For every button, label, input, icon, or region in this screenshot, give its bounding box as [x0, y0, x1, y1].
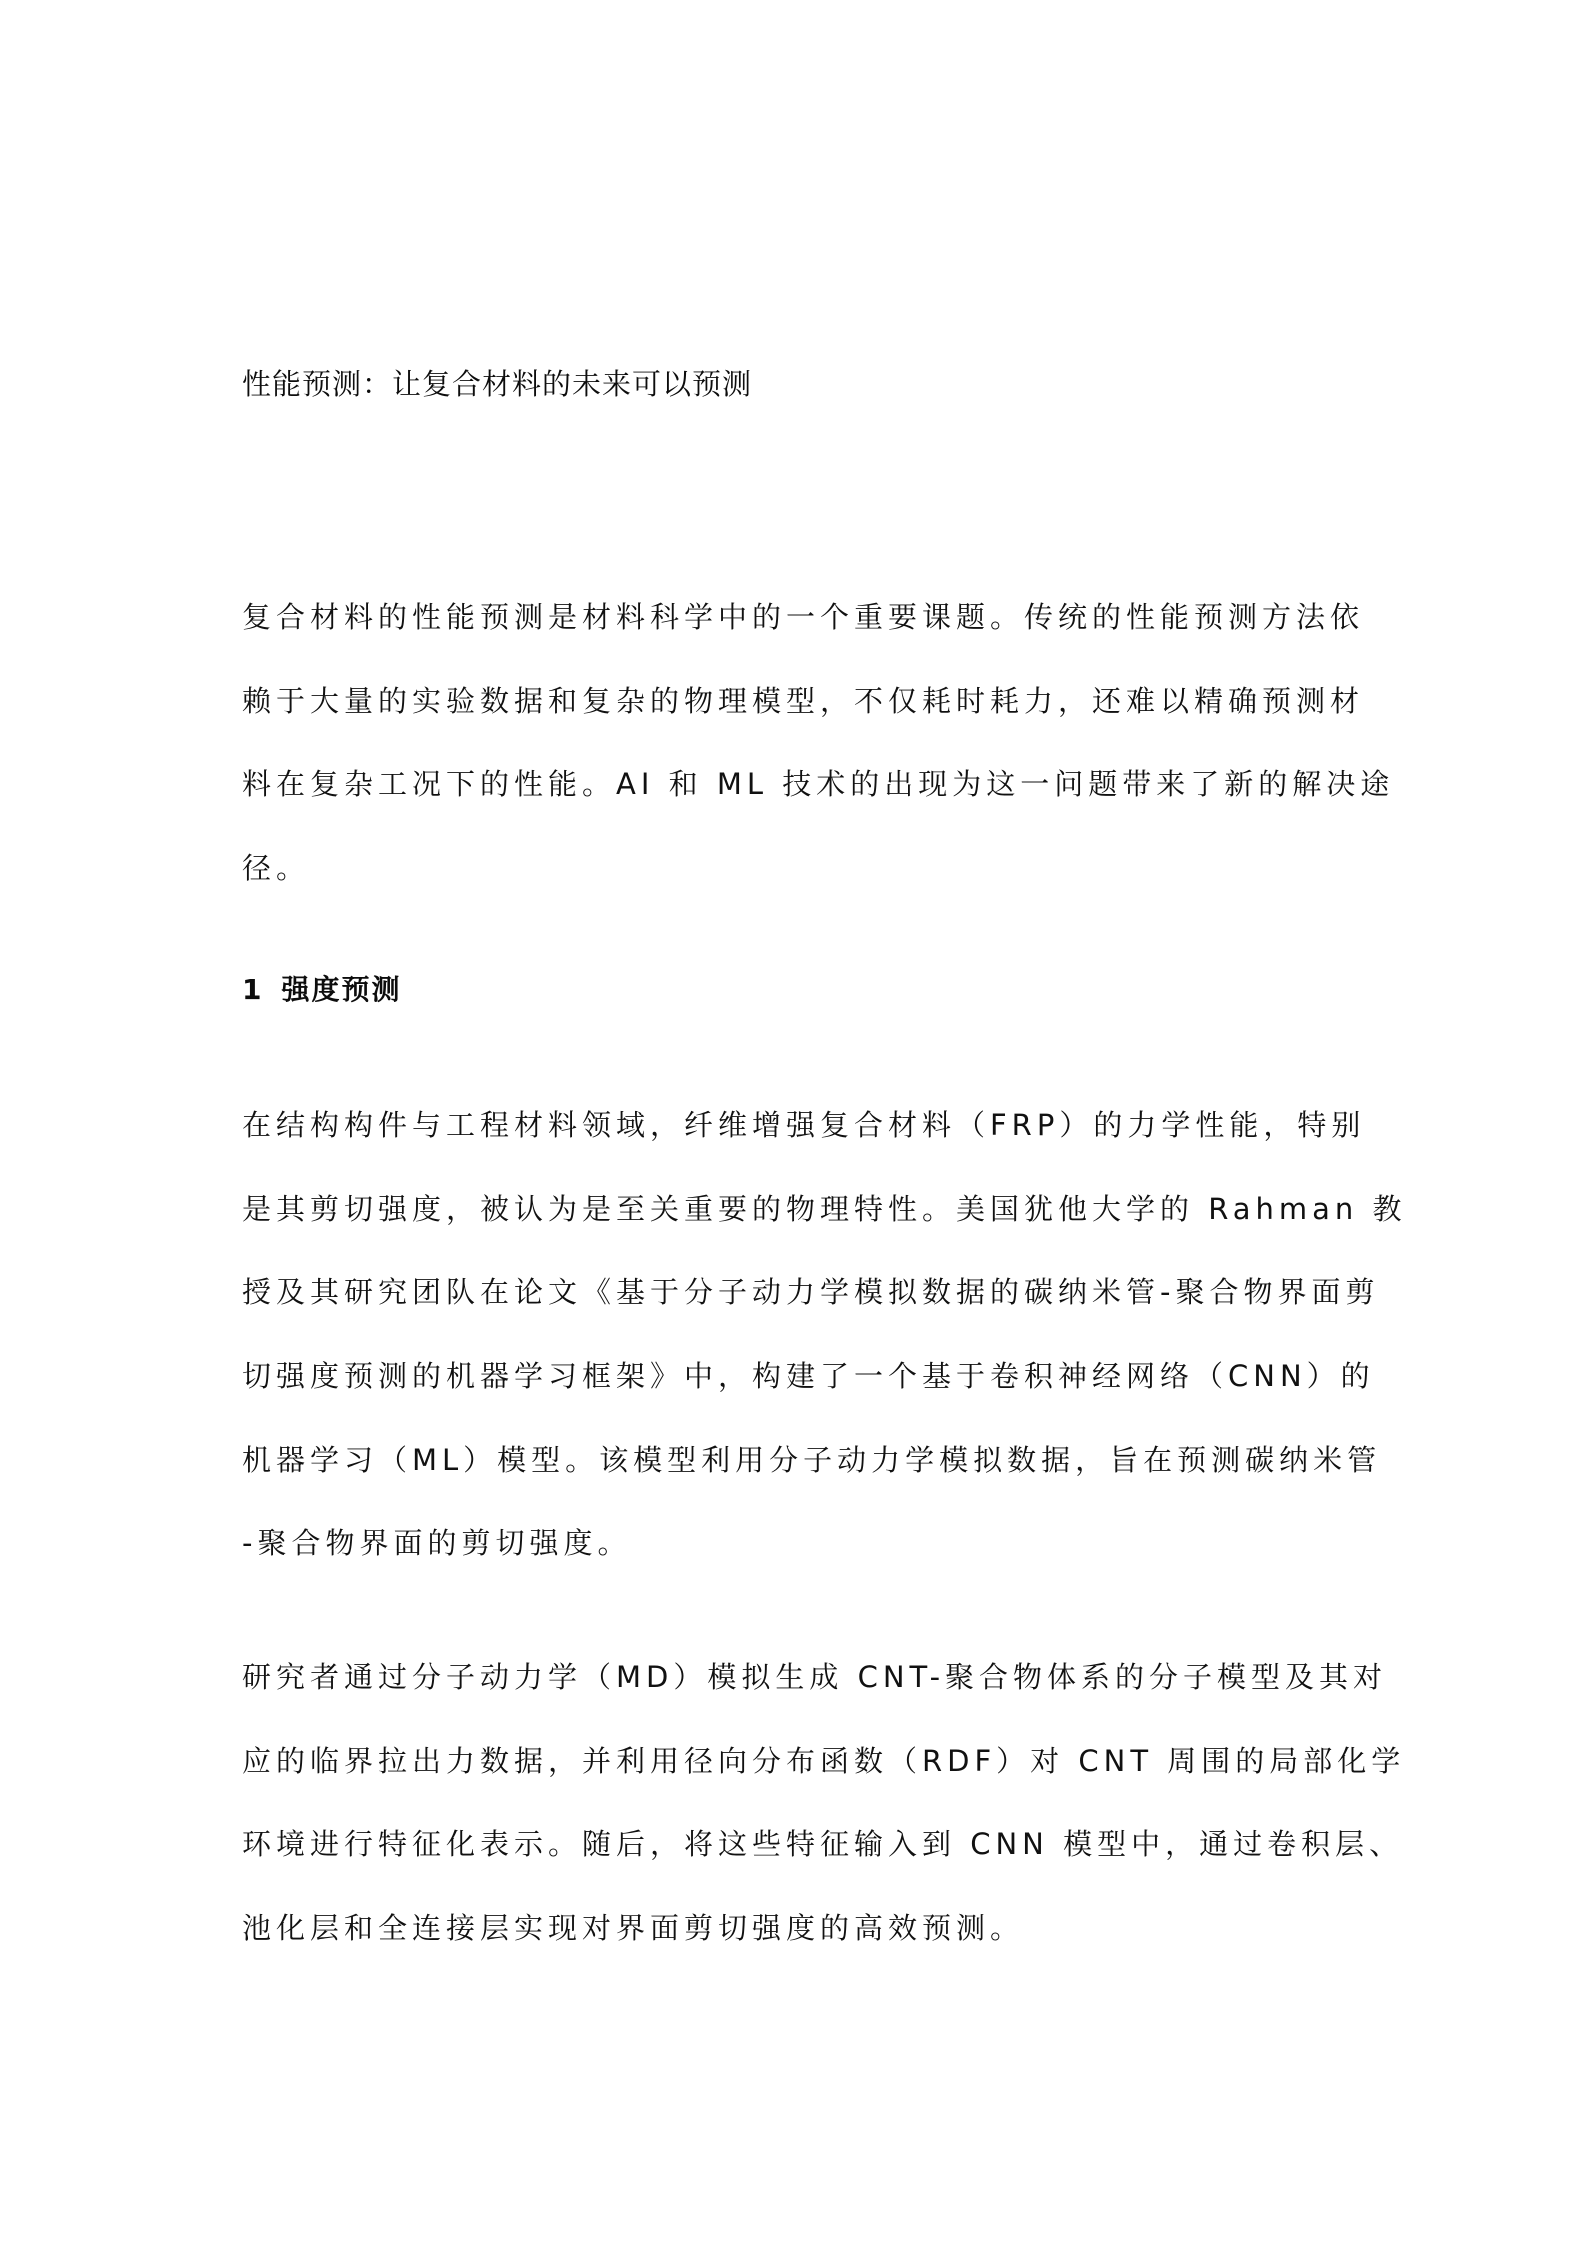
paragraph-line: 池化层和全连接层实现对界面剪切强度的高效预测。 [242, 1887, 1346, 1971]
paragraph-line: 应的临界拉出力数据，并利用径向分布函数（RDF）对 CNT 周围的局部化学 [242, 1720, 1346, 1804]
paragraph-line: 机器学习（ML）模型。该模型利用分子动力学模拟数据，旨在预测碳纳米管 [242, 1419, 1346, 1503]
paragraph-line: 是其剪切强度，被认为是至关重要的物理特性。美国犹他大学的 Rahman 教 [242, 1168, 1346, 1252]
intro-paragraph: 复合材料的性能预测是材料科学中的一个重要课题。传统的性能预测方法依 赖于大量的实… [242, 576, 1346, 911]
paragraph-line: 径。 [242, 827, 1346, 911]
paragraph-line: 授及其研究团队在论文《基于分子动力学模拟数据的碳纳米管-聚合物界面剪 [242, 1251, 1346, 1335]
section-paragraph: 在结构构件与工程材料领域，纤维增强复合材料（FRP）的力学性能，特别 是其剪切强… [242, 1084, 1346, 1586]
paragraph-line: 环境进行特征化表示。随后，将这些特征输入到 CNN 模型中，通过卷积层、 [242, 1803, 1346, 1887]
section-title: 强度预测 [281, 973, 401, 1006]
paragraph-line: 赖于大量的实验数据和复杂的物理模型，不仅耗时耗力，还难以精确预测材 [242, 660, 1346, 744]
paragraph-line: 在结构构件与工程材料领域，纤维增强复合材料（FRP）的力学性能，特别 [242, 1084, 1346, 1168]
document-title: 性能预测：让复合材料的未来可以预测 [242, 364, 752, 404]
paragraph-line: 复合材料的性能预测是材料科学中的一个重要课题。传统的性能预测方法依 [242, 576, 1346, 660]
section-paragraph: 研究者通过分子动力学（MD）模拟生成 CNT-聚合物体系的分子模型及其对 应的临… [242, 1636, 1346, 1971]
paragraph-line: 料在复杂工况下的性能。AI 和 ML 技术的出现为这一问题带来了新的解决途 [242, 743, 1346, 827]
section-heading-strength-prediction: 1强度预测 [242, 960, 402, 1020]
paragraph-line: -聚合物界面的剪切强度。 [242, 1502, 1346, 1586]
section-number: 1 [242, 973, 263, 1006]
paragraph-line: 研究者通过分子动力学（MD）模拟生成 CNT-聚合物体系的分子模型及其对 [242, 1636, 1346, 1720]
paragraph-line: 切强度预测的机器学习框架》中，构建了一个基于卷积神经网络（CNN）的 [242, 1335, 1346, 1419]
